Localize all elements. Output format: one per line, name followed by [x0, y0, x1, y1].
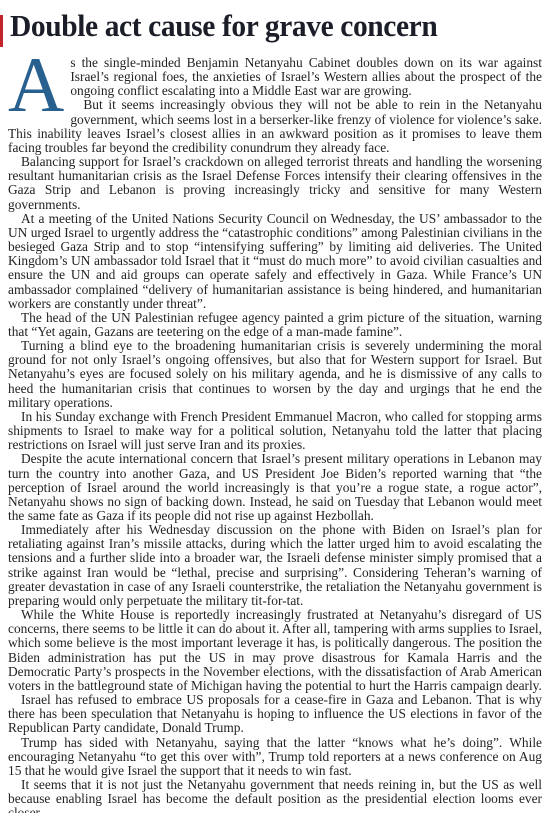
article-paragraph: Israel has refused to embrace US proposa…	[8, 693, 542, 735]
red-accent-bar	[0, 15, 3, 47]
article-paragraph: Trump has sided with Netanyahu, saying t…	[8, 736, 542, 778]
article-paragraph: Balancing support for Israel’s crackdown…	[8, 155, 542, 212]
article-paragraph: In his Sunday exchange with French Presi…	[8, 410, 542, 452]
article-paragraph: Despite the acute international concern …	[8, 452, 542, 523]
article-paragraph: While the White House is reportedly incr…	[8, 608, 542, 693]
article-paragraph: The head of the UN Palestinian refugee a…	[8, 311, 542, 339]
article-headline: Double act cause for grave concern	[10, 8, 523, 44]
article-paragraph: Immediately after his Wednesday discussi…	[8, 523, 542, 608]
article-paragraph: But it seems increasingly obvious they w…	[8, 98, 542, 155]
article-paragraph: Turning a blind eye to the broadening hu…	[8, 339, 542, 410]
article-body: As the single-minded Benjamin Netanyahu …	[8, 56, 542, 813]
article-paragraph: It seems that it is not just the Netanya…	[8, 778, 542, 813]
article-paragraph: At a meeting of the United Nations Secur…	[8, 212, 542, 311]
article-page: Double act cause for grave concern As th…	[0, 0, 550, 813]
article-paragraph-opening: As the single-minded Benjamin Netanyahu …	[8, 56, 542, 98]
dropcap-letter: A	[8, 56, 70, 113]
opening-paragraph-text: s the single-minded Benjamin Netanyahu C…	[70, 55, 542, 98]
